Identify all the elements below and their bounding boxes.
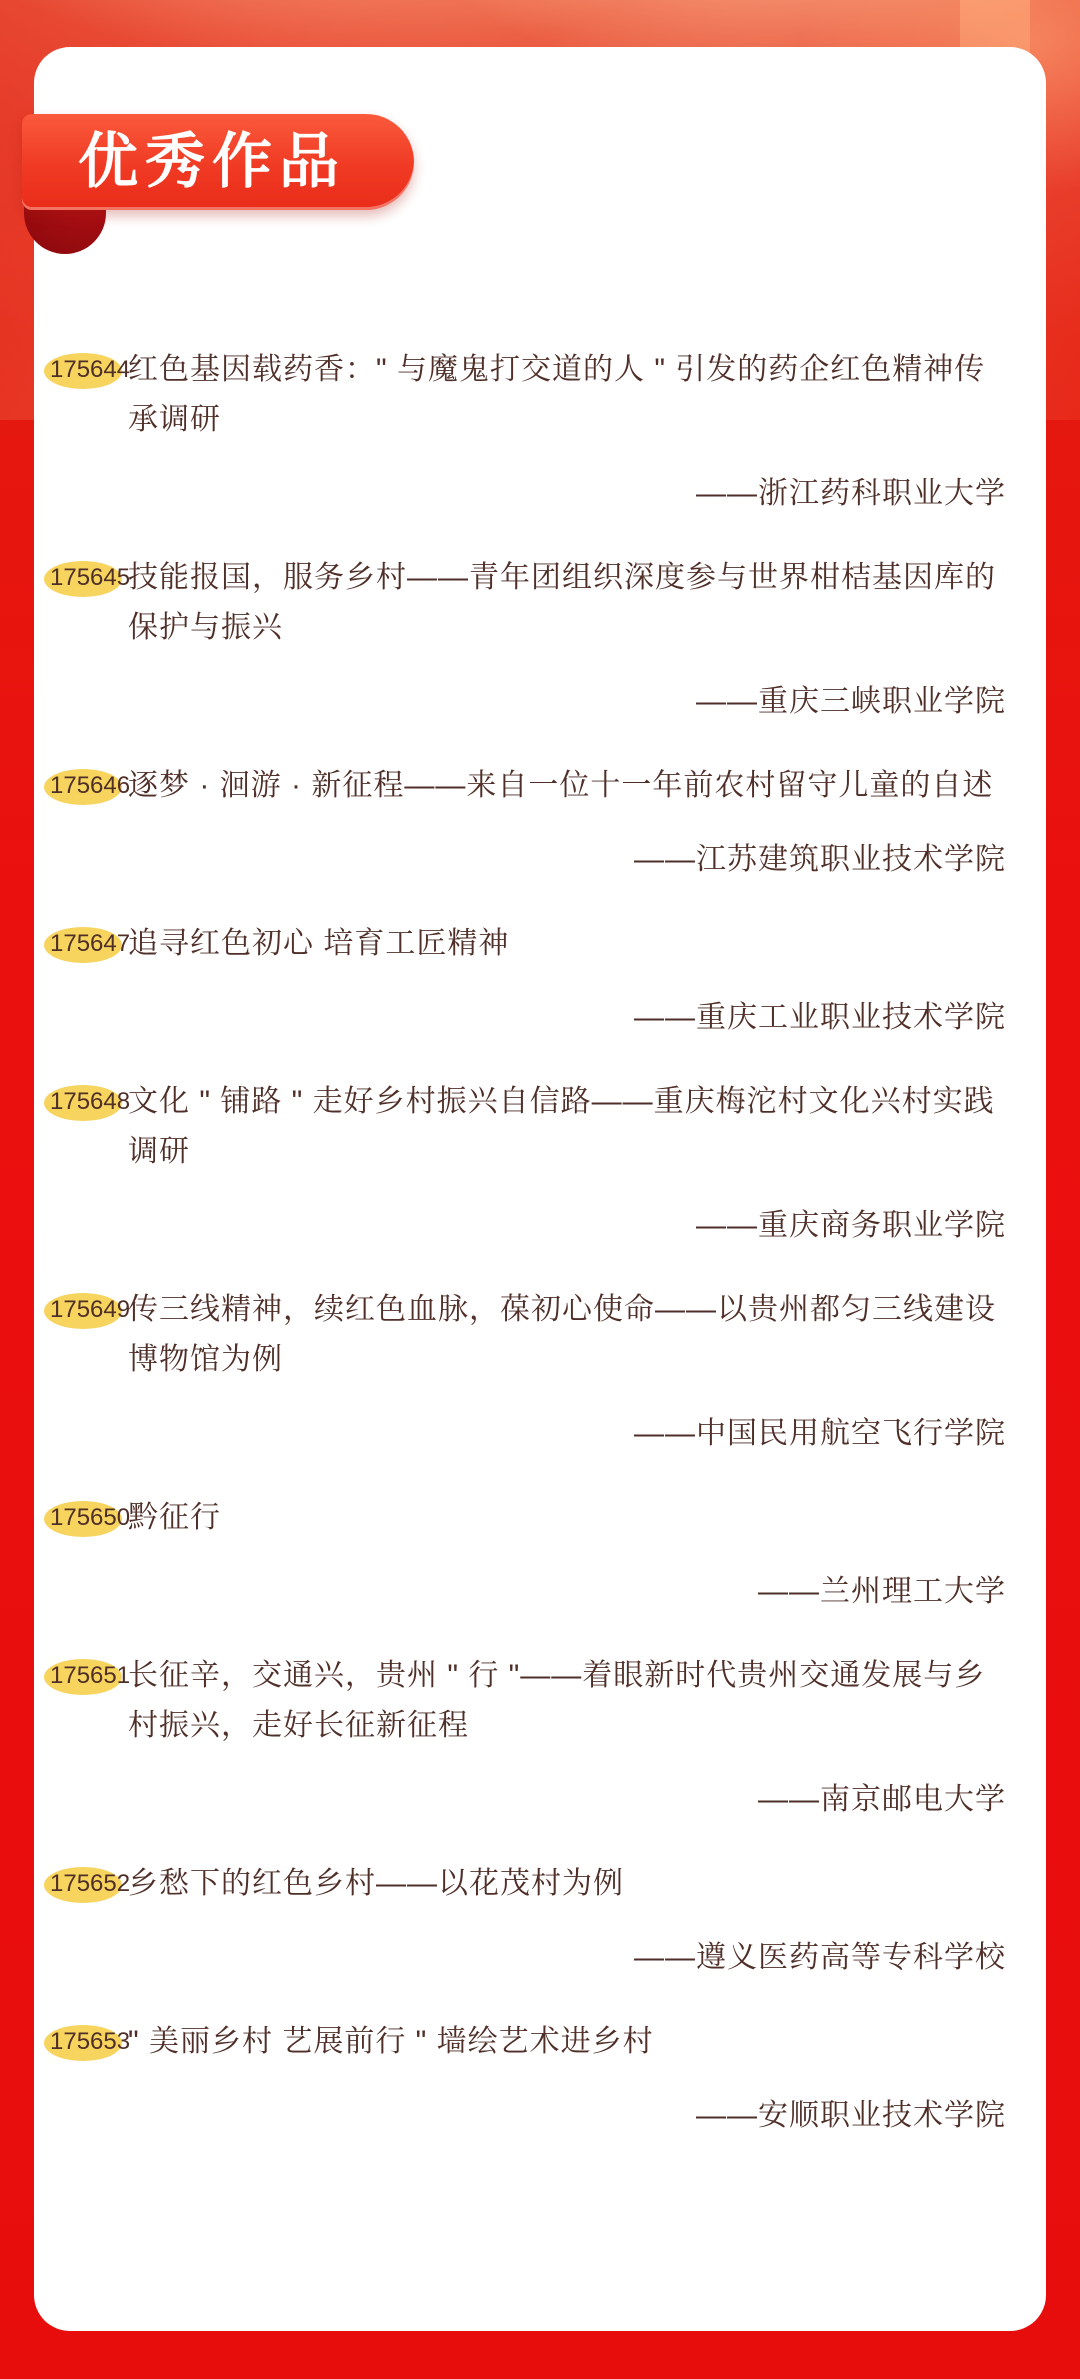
entry-number-wrap: 175653 xyxy=(50,2017,116,2067)
entry-school: ——浙江药科职业大学 xyxy=(50,469,1006,519)
entry-number-wrap: 175645 xyxy=(50,553,116,603)
entry-title-row: 175645 技能报国，服务乡村——青年团组织深度参与世界柑桔基因库的保护与振兴 xyxy=(50,553,1006,653)
entry-title: 追寻红色初心 培育工匠精神 xyxy=(128,919,1006,969)
entry-title: 技能报国，服务乡村——青年团组织深度参与世界柑桔基因库的保护与振兴 xyxy=(128,553,1006,653)
entry-title: 逐梦 · 洄游 · 新征程——来自一位十一年前农村留守儿童的自述 xyxy=(128,761,1006,811)
entry-number-wrap: 175646 xyxy=(50,761,116,811)
entry-title-row: 175644 红色基因载药香：" 与魔鬼打交道的人 " 引发的药企红色精神传承调… xyxy=(50,345,1006,445)
entry-number: 175650 xyxy=(50,1504,130,1531)
list-item: 175651 长征辛，交通兴，贵州 " 行 "——着眼新时代贵州交通发展与乡村振… xyxy=(50,1651,1006,1825)
entry-school: ——南京邮电大学 xyxy=(50,1775,1006,1825)
list-item: 175648 文化 " 铺路 " 走好乡村振兴自信路——重庆梅沱村文化兴村实践调… xyxy=(50,1077,1006,1251)
entry-number: 175647 xyxy=(50,930,130,957)
list-item: 175650 黔征行 ——兰州理工大学 xyxy=(50,1493,1006,1617)
entry-school: ——重庆三峡职业学院 xyxy=(50,677,1006,727)
entry-title: " 美丽乡村 艺展前行 " 墙绘艺术进乡村 xyxy=(128,2017,1006,2067)
list-item: 175644 红色基因载药香：" 与魔鬼打交道的人 " 引发的药企红色精神传承调… xyxy=(50,345,1006,519)
entries-list: 175644 红色基因载药香：" 与魔鬼打交道的人 " 引发的药企红色精神传承调… xyxy=(34,47,1046,2175)
entry-school: ——重庆商务职业学院 xyxy=(50,1201,1006,1251)
entry-number: 175646 xyxy=(50,772,130,799)
entry-number-wrap: 175649 xyxy=(50,1285,116,1335)
entry-number: 175644 xyxy=(50,356,130,383)
entry-number-wrap: 175648 xyxy=(50,1077,116,1127)
entry-number-wrap: 175651 xyxy=(50,1651,116,1701)
entry-title-row: 175650 黔征行 xyxy=(50,1493,1006,1543)
entry-school: ——安顺职业技术学院 xyxy=(50,2091,1006,2141)
entry-number: 175652 xyxy=(50,1870,130,1897)
entry-school: ——江苏建筑职业技术学院 xyxy=(50,835,1006,885)
entry-title: 乡愁下的红色乡村——以花茂村为例 xyxy=(128,1859,1006,1909)
entry-school: ——遵义医药高等专科学校 xyxy=(50,1933,1006,1983)
entry-title-row: 175651 长征辛，交通兴，贵州 " 行 "——着眼新时代贵州交通发展与乡村振… xyxy=(50,1651,1006,1751)
entry-number: 175651 xyxy=(50,1662,130,1689)
entry-title: 传三线精神，续红色血脉，葆初心使命——以贵州都匀三线建设博物馆为例 xyxy=(128,1285,1006,1385)
entry-number: 175649 xyxy=(50,1296,130,1323)
entry-number-wrap: 175650 xyxy=(50,1493,116,1543)
entry-title-row: 175652 乡愁下的红色乡村——以花茂村为例 xyxy=(50,1859,1006,1909)
entry-title-row: 175649 传三线精神，续红色血脉，葆初心使命——以贵州都匀三线建设博物馆为例 xyxy=(50,1285,1006,1385)
list-item: 175649 传三线精神，续红色血脉，葆初心使命——以贵州都匀三线建设博物馆为例… xyxy=(50,1285,1006,1459)
entry-title-row: 175647 追寻红色初心 培育工匠精神 xyxy=(50,919,1006,969)
entry-title-row: 175653 " 美丽乡村 艺展前行 " 墙绘艺术进乡村 xyxy=(50,2017,1006,2067)
entry-title: 文化 " 铺路 " 走好乡村振兴自信路——重庆梅沱村文化兴村实践调研 xyxy=(128,1077,1006,1177)
entry-title-row: 175646 逐梦 · 洄游 · 新征程——来自一位十一年前农村留守儿童的自述 xyxy=(50,761,1006,811)
list-item: 175645 技能报国，服务乡村——青年团组织深度参与世界柑桔基因库的保护与振兴… xyxy=(50,553,1006,727)
entry-title: 黔征行 xyxy=(128,1493,1006,1543)
list-item: 175646 逐梦 · 洄游 · 新征程——来自一位十一年前农村留守儿童的自述 … xyxy=(50,761,1006,885)
entry-school: ——中国民用航空飞行学院 xyxy=(50,1409,1006,1459)
entry-title: 红色基因载药香：" 与魔鬼打交道的人 " 引发的药企红色精神传承调研 xyxy=(128,345,1006,445)
entry-title: 长征辛，交通兴，贵州 " 行 "——着眼新时代贵州交通发展与乡村振兴，走好长征新… xyxy=(128,1651,1006,1751)
entry-school: ——重庆工业职业技术学院 xyxy=(50,993,1006,1043)
entry-number: 175653 xyxy=(50,2028,130,2055)
entry-number-wrap: 175644 xyxy=(50,345,116,395)
list-item: 175647 追寻红色初心 培育工匠精神 ——重庆工业职业技术学院 xyxy=(50,919,1006,1043)
entry-number-wrap: 175647 xyxy=(50,919,116,969)
entry-title-row: 175648 文化 " 铺路 " 走好乡村振兴自信路——重庆梅沱村文化兴村实践调… xyxy=(50,1077,1006,1177)
section-title-badge: 优秀作品 xyxy=(22,114,414,210)
entry-number: 175648 xyxy=(50,1088,130,1115)
poster: 优秀作品 175644 红色基因载药香：" 与魔鬼打交道的人 " 引发的药企红色… xyxy=(0,0,1080,2379)
entry-number: 175645 xyxy=(50,564,130,591)
section-title: 优秀作品 xyxy=(22,114,414,210)
entry-school: ——兰州理工大学 xyxy=(50,1567,1006,1617)
entry-number-wrap: 175652 xyxy=(50,1859,116,1909)
list-item: 175653 " 美丽乡村 艺展前行 " 墙绘艺术进乡村 ——安顺职业技术学院 xyxy=(50,2017,1006,2141)
list-item: 175652 乡愁下的红色乡村——以花茂村为例 ——遵义医药高等专科学校 xyxy=(50,1859,1006,1983)
